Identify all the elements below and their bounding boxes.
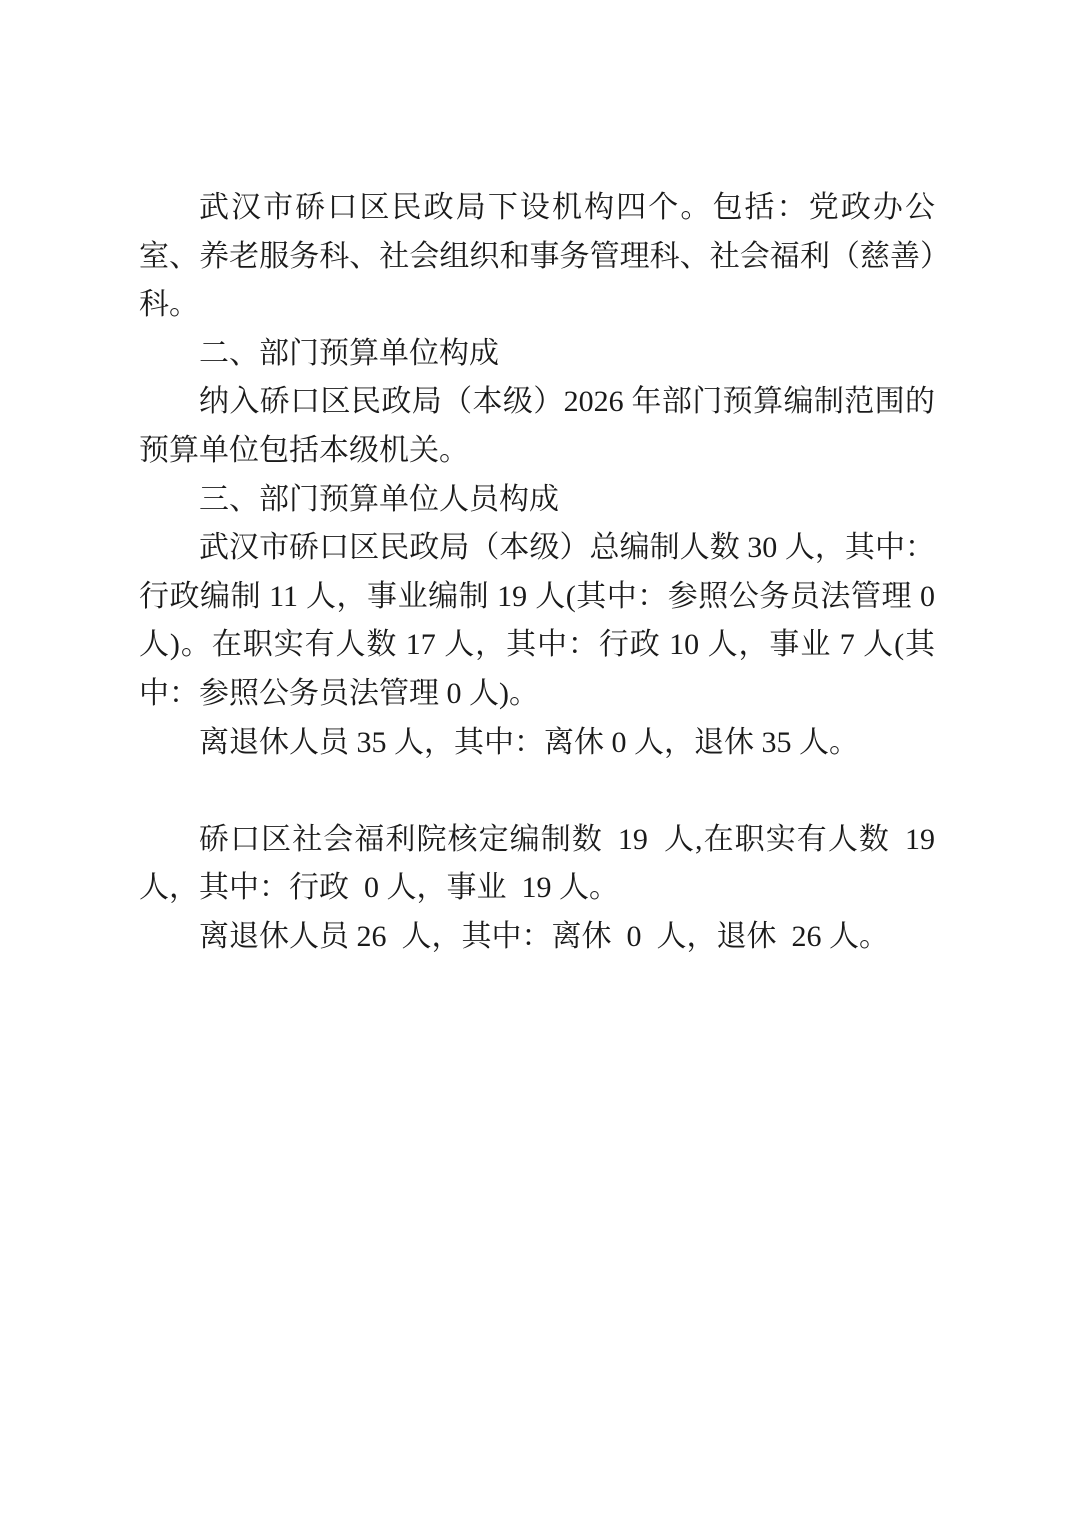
paragraph-budget-scope: 纳入硚口区民政局（本级）2026 年部门预算编制范围的预算单位包括本级机关。 <box>139 378 935 475</box>
paragraph-org-structure: 武汉市硚口区民政局下设机构四个。包括：党政办公室、养老服务科、社会组织和事务管理… <box>139 184 935 330</box>
paragraph-bureau-staffing: 武汉市硚口区民政局（本级）总编制人数 30 人，其中：行政编制 11 人，事业编… <box>139 524 935 718</box>
document-page: 武汉市硚口区民政局下设机构四个。包括：党政办公室、养老服务科、社会组织和事务管理… <box>0 0 1074 1520</box>
blank-line <box>139 767 935 816</box>
section-heading-personnel-composition: 三、部门预算单位人员构成 <box>139 476 935 525</box>
paragraph-welfare-institute-staffing: 硚口区社会福利院核定编制数 19 人,在职实有人数 19 人，其中：行政 0 人… <box>139 816 935 913</box>
paragraph-welfare-institute-retirees: 离退休人员 26 人，其中：离休 0 人，退休 26 人。 <box>139 913 935 962</box>
paragraph-bureau-retirees: 离退休人员 35 人，其中：离休 0 人，退休 35 人。 <box>139 719 935 768</box>
document-body: 武汉市硚口区民政局下设机构四个。包括：党政办公室、养老服务科、社会组织和事务管理… <box>139 184 935 962</box>
section-heading-budget-unit-composition: 二、部门预算单位构成 <box>139 330 935 379</box>
